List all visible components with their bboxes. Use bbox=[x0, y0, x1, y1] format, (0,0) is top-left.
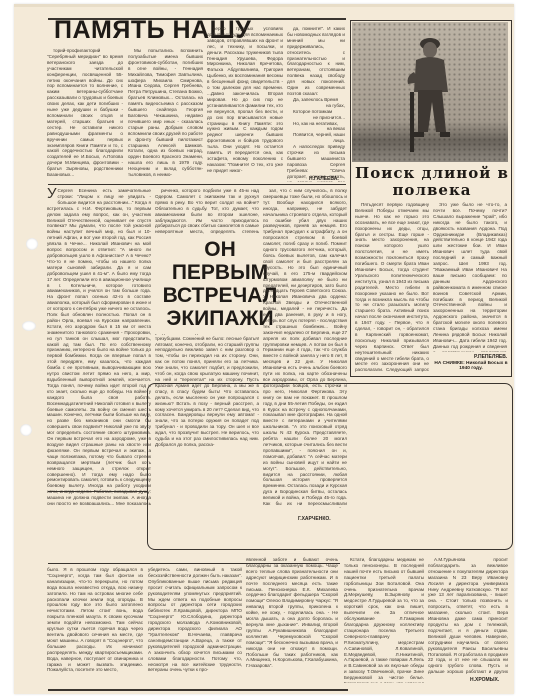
punch-hole bbox=[26, 238, 38, 250]
poem: Да, запеклось Время на губах, Которое по… bbox=[287, 97, 345, 144]
article3-text: Пятьдесят первую годовщину Великой Побед… bbox=[355, 202, 429, 372]
section-rule bbox=[48, 184, 346, 185]
article3-column-1: Пятьдесят первую годовщину Великой Побед… bbox=[355, 202, 429, 372]
photo-caption: НА СНИМКЕ: Николай Босых в 1940 году. bbox=[434, 361, 508, 371]
article1-column-1: торий-профилакторий "Серебряный меридиан… bbox=[47, 48, 123, 182]
poem-line: Да, запеклось Время bbox=[287, 97, 345, 103]
punch-hole bbox=[22, 321, 36, 331]
article3-column-2: Это уже было не что-то, а почти все. Поч… bbox=[433, 202, 507, 352]
signature-galeeva: Н.ГАЛЕЕВА. bbox=[309, 176, 339, 182]
article2-column-2-top: риченко, которого подбили уже в 45-м над… bbox=[155, 188, 259, 234]
article4-column-5: А.М.Гурьянова просит поблагодарить за ве… bbox=[428, 557, 508, 675]
punch-hole bbox=[20, 424, 32, 436]
article4-text: убедитесь сами, виновный в такой бесхозя… bbox=[148, 567, 242, 673]
signature-pepelyaev: Р.ПЕПЕЛЯЕВ. bbox=[474, 354, 507, 360]
article4-column-3: явленной заботе и бывают очень благодарн… bbox=[246, 557, 338, 687]
article4-text: явленной заботе и бывают очень благодарн… bbox=[246, 557, 338, 669]
article3-text: Это уже было не что-то, а почти все. Поч… bbox=[433, 202, 507, 352]
letters-box bbox=[147, 383, 513, 550]
article4-column-4: Кстати, благодарны медикам не только пен… bbox=[344, 557, 424, 683]
headline-poisk: Поиск длиной в полвека bbox=[354, 165, 510, 199]
article1-text: да, помните!". И каких бы новомодных взг… bbox=[287, 26, 345, 97]
dropcap: У bbox=[47, 188, 57, 200]
article2-text: риченко, которого подбили уже в 45-м над… bbox=[155, 188, 259, 234]
newspaper-page: ПАМЯТЬ НАШУ торий-профилакторий "Серебря… bbox=[14, 4, 514, 694]
section-rule bbox=[48, 491, 148, 492]
signature-khromykh: Н.ХРОМЫХ. bbox=[470, 677, 499, 683]
photo-nikolay-bosykh bbox=[352, 22, 508, 162]
article1-text: Мы попытались вспомнить полузабытые имен… bbox=[128, 48, 203, 178]
article4-text: Кстати, благодарны медикам не только пен… bbox=[344, 557, 424, 683]
scan-edge bbox=[14, 4, 514, 7]
article4-text: А.М.Гурьянова просит поблагодарить за ве… bbox=[428, 557, 508, 675]
article1-column-4: да, помните!". И каких бы новомодных взг… bbox=[287, 26, 345, 182]
article2-column-1: УСергея Есенина есть замечательные строк… bbox=[47, 188, 151, 505]
article1-text: торий-профилакторий "Серебряный меридиан… bbox=[47, 48, 123, 178]
article4-column-2: убедитесь сами, виновный в такой бесхозя… bbox=[148, 567, 242, 687]
article1-column-3: верно трудных условиях добывших руду для… bbox=[207, 26, 283, 182]
article4-text: было. Я в прошлом году обращался в "Соцэ… bbox=[47, 567, 143, 673]
article1-text: верно трудных условиях добывших руду для… bbox=[207, 26, 283, 174]
person-silhouette-icon bbox=[400, 32, 456, 157]
article4-column-1: было. Я в прошлом году обращался в "Соцэ… bbox=[47, 567, 143, 687]
article1-column-2: Мы попытались вспомнить полузабытые имен… bbox=[128, 48, 203, 182]
bottom-rule bbox=[48, 689, 348, 691]
article2-text: Сергея Есенина есть замечательные строки… bbox=[47, 188, 151, 505]
